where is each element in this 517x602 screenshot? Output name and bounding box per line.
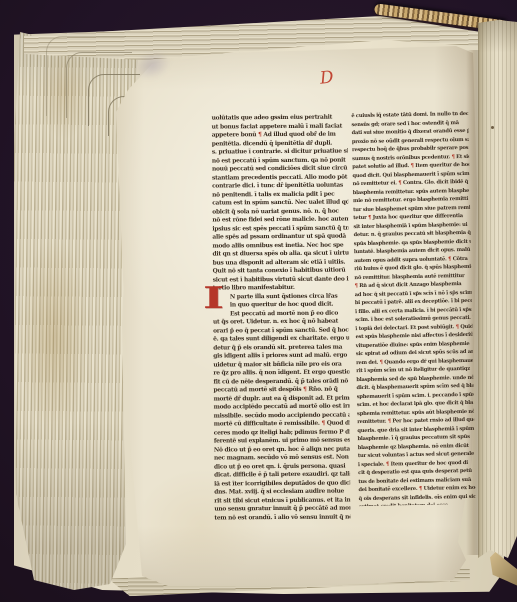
text-line: dns. Mat. xviij. q̄ si ecclesiam audire … xyxy=(214,488,350,497)
text-line: dit qn st diuersa spēs ob alia. qa sicut… xyxy=(213,250,349,259)
text-line: in quo queritur de hoc quod dicit. xyxy=(230,301,349,310)
paragraph-mark: ¶ xyxy=(451,154,454,160)
rubric-letter-d: D xyxy=(319,69,334,87)
paragraph-mark: ¶ xyxy=(398,180,401,186)
photo-of-open-book: D uolūtatis que adeo gssim eius pertrahi… xyxy=(0,0,517,602)
paragraph-mark: ¶ xyxy=(419,486,422,492)
paragraph-mark: ¶ xyxy=(321,420,325,427)
rubricated-initial: I xyxy=(203,284,224,314)
text-line: alie spēs ad pssam ordinantur ut spā quo… xyxy=(212,233,348,242)
text-line: nō est rōne fidei sed rōne malicie. hoc … xyxy=(212,216,348,225)
text-column-right: ē cuiusls iq̄ estate tātū domi. In nullo… xyxy=(351,110,476,506)
paragraph-mark: ¶ xyxy=(355,283,358,289)
text-line: re q̄z pro aliis. q̄ non īdigent. Et erg… xyxy=(213,369,349,378)
fore-edge-pages-right xyxy=(478,20,517,566)
text-line: ut q̄s oret. Uidetur. n. ex hoc q̄ nō ha… xyxy=(213,318,349,327)
text-line: catum est in spūm sanctū. Nec ualet illu… xyxy=(212,199,348,208)
text-line: contrarie dici. ī tunc dr̄ ipenitētia uo… xyxy=(212,182,348,191)
text-line: gis īdigent aliis ī priores sunt ad malū… xyxy=(213,352,349,361)
paragraph-mark: ¶ xyxy=(303,386,307,393)
paragraph-mark: ¶ xyxy=(380,359,383,365)
paragraph-mark: ¶ xyxy=(448,256,451,262)
paragraph-mark: ¶ xyxy=(258,131,262,138)
paragraph-mark: ¶ xyxy=(386,461,389,467)
text-line: mortē cū difficultate ē remissibile. ¶ Q… xyxy=(214,420,350,429)
text-line: ē. qa tales sunt diligendi ex charitate.… xyxy=(213,335,349,344)
text-line: tem nō est orandū. ī alio vō sensu innui… xyxy=(214,513,350,522)
text-line: nec magnam. secūdo vō mō sensus est. Non xyxy=(214,454,350,463)
text-line: peccatū ad mortē sit despōis ¶ Rn̄o. nō … xyxy=(213,386,349,395)
paragraph-mark: ¶ xyxy=(388,418,391,424)
fore-edge-speck xyxy=(491,126,494,129)
text-line: nouū peccatū sed condiciōes dicit siue c… xyxy=(212,165,348,174)
text-column-left: uolūtatis que adeo gssim eius pertrahitu… xyxy=(212,114,351,525)
text-line: ferentē sui explanēm. ui primo mō sensus… xyxy=(214,437,350,446)
text-line: uno sensu gnratur innuit q̄ p̄ peccātē a… xyxy=(214,505,350,514)
text-line: dicat. difficile ē p̄ tali petere exaudi… xyxy=(214,471,350,480)
text-line: modo accipiēdo peccatū ad mortē olio est… xyxy=(214,403,350,412)
text-line: Quit nō sit tanta conexio ī habitibus ui… xyxy=(213,267,349,276)
text-line: appetere bonū ¶ Ad illud quod obr̄ de im xyxy=(212,131,348,140)
text-line: uolūtatis que adeo gssim eius pertrahit xyxy=(212,114,348,123)
text-line: s. priuatiue ī contrarie. si dicitur pri… xyxy=(212,148,348,157)
paragraph-mark: ¶ xyxy=(456,324,459,330)
paragraph-mark: ¶ xyxy=(368,215,371,221)
paragraph-mark: ¶ xyxy=(411,163,414,169)
